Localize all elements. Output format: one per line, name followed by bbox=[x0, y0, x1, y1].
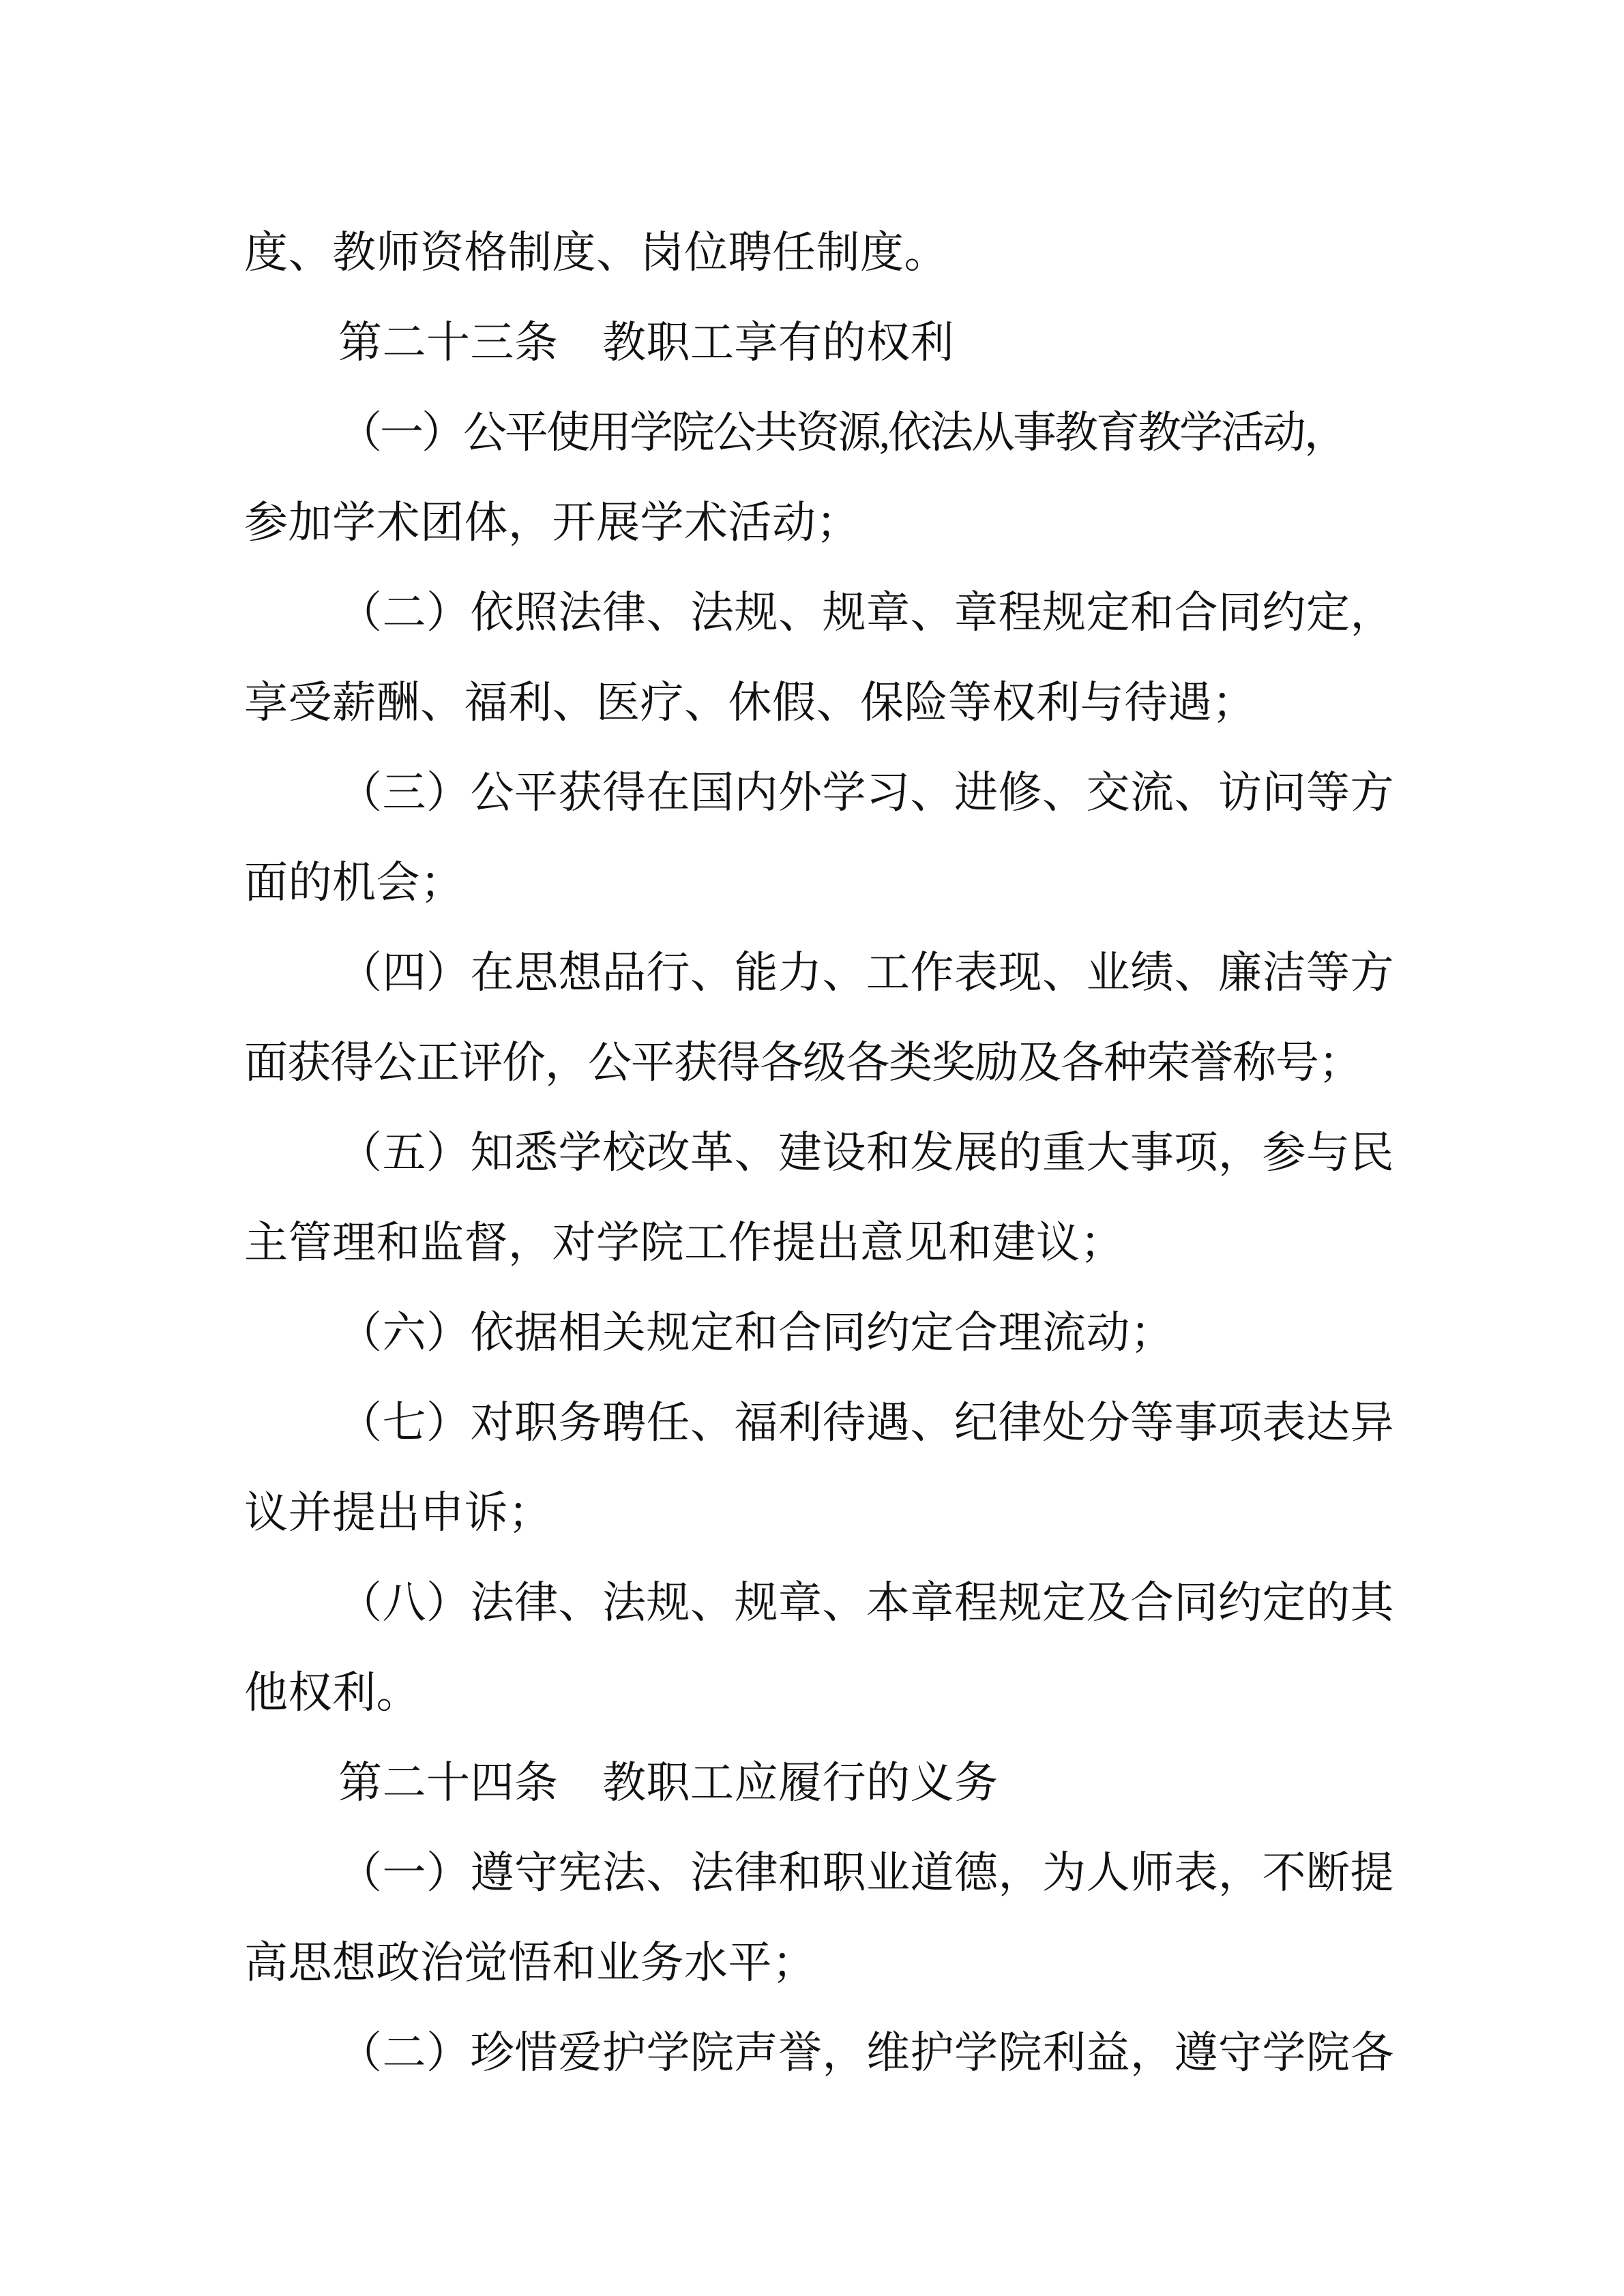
document-line: 主管理和监督，对学院工作提出意见和建议； bbox=[244, 1198, 1380, 1288]
document-line: 面的机会； bbox=[244, 838, 1380, 928]
document-line: 高思想政治觉悟和业务水平； bbox=[244, 1918, 1380, 2008]
document-page: { "page": { "width_px": 2381, "height_px… bbox=[0, 0, 1624, 2296]
document-line: （一）公平使用学院公共资源,依法从事教育教学活动， bbox=[244, 388, 1380, 478]
document-line: （六）依据相关规定和合同约定合理流动； bbox=[244, 1288, 1380, 1378]
document-line: 度、教师资格制度、岗位聘任制度。 bbox=[244, 208, 1380, 298]
document-line: 议并提出申诉； bbox=[244, 1468, 1380, 1558]
document-line: （四）在思想品行、能力、工作表现、业绩、廉洁等方 bbox=[244, 928, 1380, 1018]
article-24-heading: 第二十四条 教职工应履行的义务 bbox=[244, 1738, 1380, 1828]
document-line: 享受薪酬、福利、医疗、休假、保险等权利与待遇； bbox=[244, 658, 1380, 748]
document-line: 参加学术团体，开展学术活动； bbox=[244, 478, 1380, 568]
document-line: （二）依照法律、法规、规章、章程规定和合同约定， bbox=[244, 568, 1380, 658]
document-line: （一）遵守宪法、法律和职业道德，为人师表，不断提 bbox=[244, 1828, 1380, 1918]
document-text-block: 度、教师资格制度、岗位聘任制度。 第二十三条 教职工享有的权利 （一）公平使用学… bbox=[244, 208, 1380, 2098]
document-line: （二）珍惜爱护学院声誉，维护学院利益，遵守学院各 bbox=[244, 2008, 1380, 2098]
article-23-heading: 第二十三条 教职工享有的权利 bbox=[244, 298, 1380, 388]
document-line: （三）公平获得在国内外学习、进修、交流、访问等方 bbox=[244, 748, 1380, 838]
document-line: （八）法律、法规、规章、本章程规定及合同约定的其 bbox=[244, 1558, 1380, 1648]
document-line: （七）对职务聘任、福利待遇、纪律处分等事项表达异 bbox=[244, 1378, 1380, 1468]
document-line: （五）知悉学校改革、建设和发展的重大事项，参与民 bbox=[244, 1108, 1380, 1198]
document-sheet: 度、教师资格制度、岗位聘任制度。 第二十三条 教职工享有的权利 （一）公平使用学… bbox=[0, 0, 1624, 2296]
document-line: 他权利。 bbox=[244, 1648, 1380, 1738]
document-line: 面获得公正评价，公平获得各级各类奖励及各种荣誉称号； bbox=[244, 1018, 1380, 1108]
